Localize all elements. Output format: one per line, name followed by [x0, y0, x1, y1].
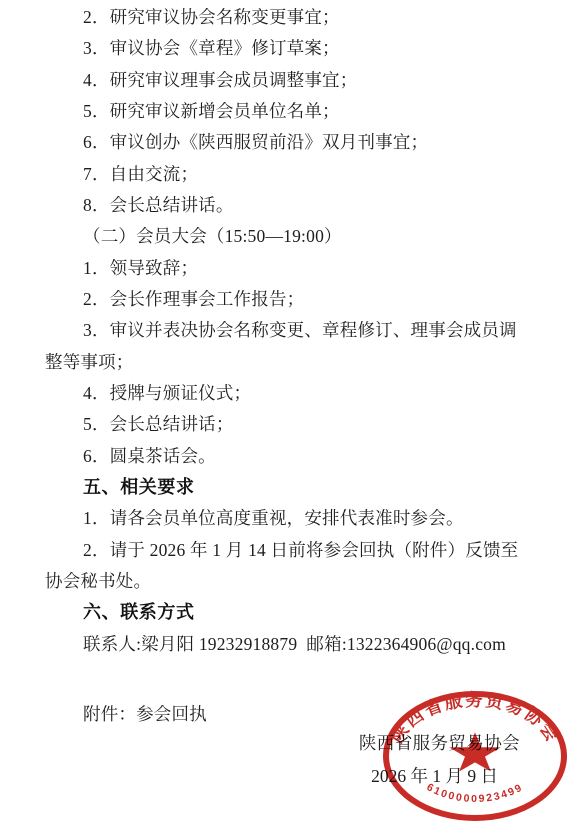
text-line: 联系人:梁月阳 19232918879 邮箱:1322364906@qq.com: [45, 629, 520, 660]
text-line: 3．审议协会《章程》修订草案；: [45, 33, 520, 64]
text-line: 6．圆桌茶话会。: [45, 441, 520, 472]
text-line: [45, 660, 520, 691]
section-heading: 六、联系方式: [45, 597, 520, 628]
text-line: 整等事项；: [45, 347, 520, 378]
text-line: 7．自由交流；: [45, 159, 520, 190]
text-line: 5．会长总结讲话；: [45, 409, 520, 440]
section-heading: 五、相关要求: [45, 472, 520, 503]
text-line: 附件：参会回执: [45, 699, 520, 730]
text-line: 2．请于 2026 年 1 月 14 日前将参会回执（附件）反馈至: [45, 535, 520, 566]
text-line: 4．研究审议理事会成员调整事宜；: [45, 65, 520, 96]
text-line: 8．会长总结讲话。: [45, 190, 520, 221]
text-line: 1．请各会员单位高度重视，安排代表准时参会。: [45, 503, 520, 534]
text-line: （二）会员大会（15:50—19:00）: [45, 221, 520, 252]
text-line: 3．审议并表决协会名称变更、章程修订、理事会成员调: [45, 315, 520, 346]
text-line: 协会秘书处。: [45, 566, 520, 597]
document-body: 2．研究审议协会名称变更事宜；3．审议协会《章程》修订草案；4．研究审议理事会成…: [45, 2, 520, 731]
text-line: 2．会长作理事会工作报告；: [45, 284, 520, 315]
text-line: 6．审议创办《陕西服贸前沿》双月刊事宜；: [45, 127, 520, 158]
document-page: 2．研究审议协会名称变更事宜；3．审议协会《章程》修订草案；4．研究审议理事会成…: [0, 0, 570, 826]
signature-block: 陕西省服务贸易协会 2026 年 1 月 9 日: [45, 727, 520, 792]
text-line: 2．研究审议协会名称变更事宜；: [45, 2, 520, 33]
text-line: 4．授牌与颁证仪式；: [45, 378, 520, 409]
signature-org: 陕西省服务贸易协会: [45, 727, 520, 760]
text-line: 1．领导致辞；: [45, 253, 520, 284]
text-line: 5．研究审议新增会员单位名单；: [45, 96, 520, 127]
signature-date: 2026 年 1 月 9 日: [45, 760, 498, 793]
